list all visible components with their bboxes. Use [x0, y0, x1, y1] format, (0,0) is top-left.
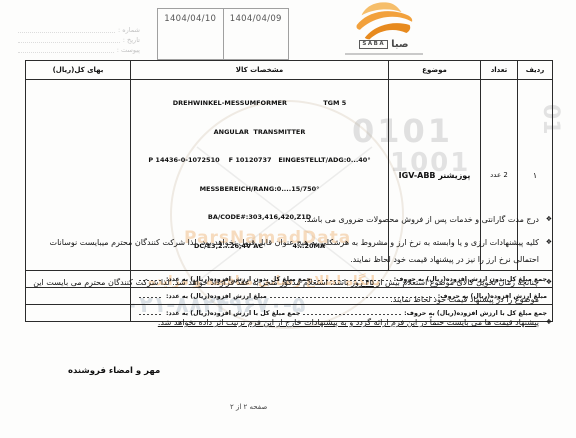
seller-signature-label: مهر و امضاء فروشنده [68, 366, 160, 376]
table-header-row: ردیف تعداد موضوع مشخصات کالا بهای کل(ریا… [26, 61, 553, 80]
field-label: پیوست : [117, 45, 140, 55]
spec-line: MESSBEREICH/RANG:0....15/750° [131, 185, 388, 195]
note-text: چنانچه زمان تحویل کالای موضوع استعلام بی… [374, 278, 539, 287]
letterhead-field-date: تاریخ : [18, 35, 140, 45]
notes-list: ❖ درج مدت گارانتی و خدمات پس از فروش محص… [24, 211, 552, 337]
logo-wordmark: صبا SABA [338, 39, 430, 50]
date-cell: 1404/04/10 [158, 9, 223, 59]
note-text: کلیه پیشنهادات ارزی و یا وابسته به نرخ ا… [50, 238, 539, 264]
page-number: صفحه ۲ از ۲ [230, 403, 267, 411]
diamond-bullet-icon: ❖ [546, 274, 552, 291]
note-text: درج مدت گارانتی و خدمات پس از فروش محصول… [304, 215, 539, 224]
date-box: 1404/04/10 1404/04/09 [157, 8, 289, 60]
spec-line: ANGULAR TRANSMITTER [131, 128, 388, 138]
field-dotted-line [18, 32, 115, 33]
logo-swirl-icon [342, 1, 426, 41]
note-text-underlined: ۴۵ روز [351, 278, 374, 287]
letterhead-field-attachment: پیوست : [18, 45, 140, 55]
column-header-subject: موضوع [389, 61, 481, 80]
logo-wordmark-fa: صبا [391, 39, 409, 50]
date-cell: 1404/04/09 [223, 9, 289, 59]
note-text-underlined: پیشنهاد قیمت ها می بایست حتماً در این فر… [158, 318, 539, 327]
logo-wordmark-en: SABA [359, 40, 388, 49]
diamond-bullet-icon: ❖ [546, 211, 552, 228]
diamond-bullet-icon: ❖ [546, 234, 552, 251]
spec-line: DREHWINKEL-MESSUMFORMER TGM 5 [131, 99, 388, 109]
note-item: ❖ پیشنهاد قیمت ها می بایست حتماً در این … [24, 314, 552, 331]
note-item: ❖ درج مدت گارانتی و خدمات پس از فروش محص… [24, 211, 552, 228]
document-page: 0101 1001 01 ParsNamadData پایگاه اطلاع … [0, 0, 576, 438]
letterhead-fields: شماره : تاریخ : پیوست : [18, 25, 140, 55]
logo-tagline-bar [345, 53, 423, 55]
letterhead-field-number: شماره : [18, 25, 140, 35]
field-label: شماره : [118, 25, 140, 35]
column-header-specs: مشخصات کالا [131, 61, 389, 80]
field-dotted-line [18, 52, 114, 53]
note-item: ❖ کلیه پیشنهادات ارزی و یا وابسته به نرخ… [24, 234, 552, 268]
field-label: تاریخ : [123, 35, 140, 45]
column-header-row: ردیف [518, 61, 553, 80]
company-logo: صبا SABA [338, 1, 430, 55]
diamond-bullet-icon: ❖ [546, 314, 552, 331]
field-dotted-line [18, 42, 120, 43]
note-item: ❖ چنانچه زمان تحویل کالای موضوع استعلام … [24, 274, 552, 308]
spec-line: P 14436-0-1072510 F 10120737 EINGESTELLT… [131, 156, 388, 166]
column-header-qty: تعداد [481, 61, 518, 80]
column-header-total: بهای کل(ریال) [26, 61, 131, 80]
